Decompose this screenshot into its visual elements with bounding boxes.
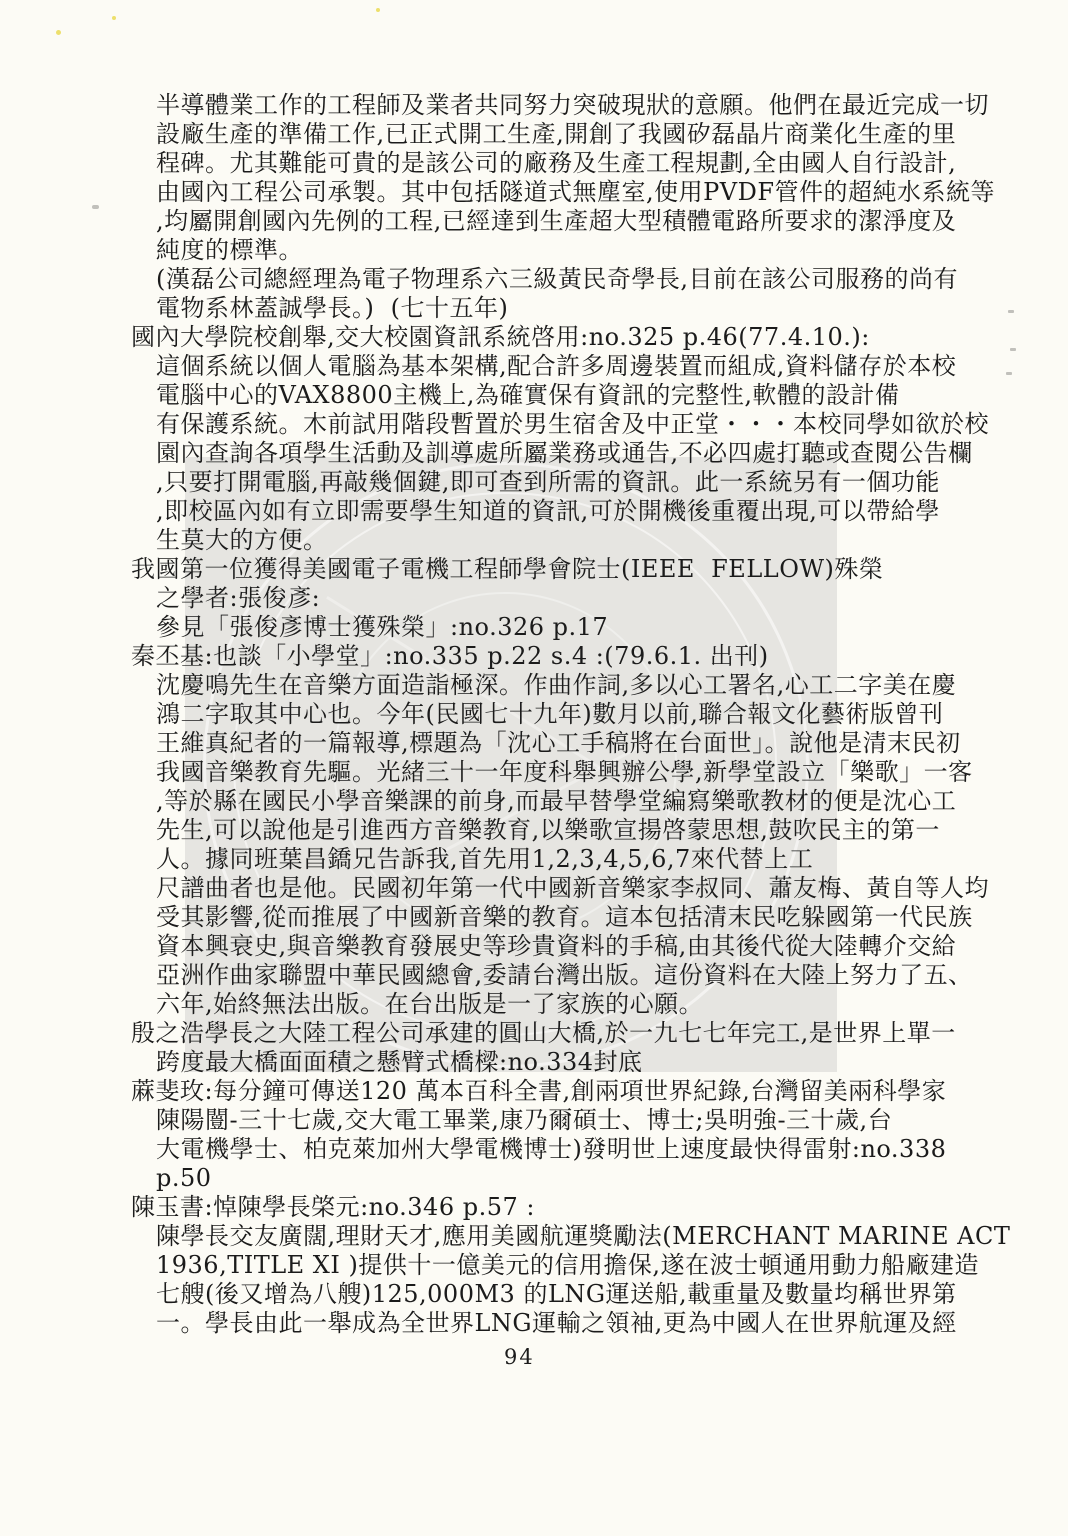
- text-line: 陳玉書:悼陳學長棨元:no.346 p.57 :: [131, 1193, 1068, 1222]
- text-line: 一。學長由此一舉成為全世界LNG運輸之領袖,更為中國人在世界航運及經: [156, 1309, 1068, 1338]
- scan-speck: [56, 30, 61, 35]
- text-line: 園內查詢各項學生活動及訓導處所屬業務或通告,不必四處打聽或查閱公告欄: [156, 439, 1068, 468]
- text-line: 陳學長交友廣闊,理財天才,應用美國航運獎勵法(MERCHANT MARINE A…: [156, 1222, 1068, 1251]
- text-line: 王維真紀者的一篇報導,標題為「沈心工手稿將在台面世」。說他是清末民初: [156, 729, 1068, 758]
- text-line: 殷之浩學長之大陸工程公司承建的圓山大橋,於一九七七年完工,是世界上單一: [131, 1019, 1068, 1048]
- text-line: 六年,始終無法出版。在台出版是一了家族的心願。: [156, 990, 1068, 1019]
- text-line: 純度的標準。: [156, 236, 1068, 265]
- scan-speck: [92, 205, 99, 209]
- text-line: 設廠生產的準備工作,已正式開工生產,開創了我國矽磊晶片商業化生產的里: [156, 120, 1068, 149]
- text-line: 國內大學院校創舉,交大校園資訊系統啓用:no.325 p.46(77.4.10.…: [131, 323, 1068, 352]
- scan-speck: [1010, 348, 1016, 351]
- text-line: 大電機學士、柏克萊加州大學電機博士)發明世上速度最快得雷射:no.338: [156, 1135, 1068, 1164]
- text-line: 我國第一位獲得美國電子電機工程師學會院士(IEEE FELLOW)殊榮: [131, 555, 1068, 584]
- text-line: 資本興衰史,與音樂教育發展史等珍貴資料的手稿,由其後代從大陸轉介交給: [156, 932, 1068, 961]
- text-line: p.50: [156, 1164, 1068, 1193]
- scan-speck: [1006, 372, 1012, 375]
- text-line: 有保護系統。木前試用階段暫置於男生宿舍及中正堂・・・本校同學如欲於校: [156, 410, 1068, 439]
- text-line: 這個系統以個人電腦為基本架構,配合許多周邊裝置而組成,資料儲存於本校: [156, 352, 1068, 381]
- text-line: (漢磊公司總經理為電子物理系六三級黃民奇學長,目前在該公司服務的尚有: [156, 265, 1068, 294]
- text-line: 程碑。尤其難能可貴的是該公司的廠務及生產工程規劃,全由國人自行設計,: [156, 149, 1068, 178]
- document-page: 半導體業工作的工程師及業者共同努力突破現狀的意願。他們在最近完成一切設廠生產的準…: [0, 0, 1068, 1536]
- scan-speck: [376, 8, 380, 12]
- text-line: 先生,可以說他是引進西方音樂教育,以樂歌宣揚啓蒙思想,鼓吹民主的第一: [156, 816, 1068, 845]
- text-line: 人。據同班葉昌鐈兄告訴我,首先用1,2,3,4,5,6,7來代替上工: [156, 845, 1068, 874]
- text-line: 尺譜曲者也是他。民國初年第一代中國新音樂家李叔同、蕭友梅、黃自等人均: [156, 874, 1068, 903]
- text-line: 沈慶鳴先生在音樂方面造詣極深。作曲作詞,多以心工署名,心工二字美在慶: [156, 671, 1068, 700]
- text-block: 半導體業工作的工程師及業者共同努力突破現狀的意願。他們在最近完成一切設廠生產的準…: [0, 91, 1068, 1338]
- text-line: ,均屬開創國內先例的工程,已經達到生產超大型積體電路所要求的潔淨度及: [156, 207, 1068, 236]
- text-line: 生莫大的方便。: [156, 526, 1068, 555]
- text-line: 電腦中心的VAX8800主機上,為確實保有資訊的完整性,軟體的設計備: [156, 381, 1068, 410]
- text-line: ,只要打開電腦,再敲幾個鍵,即可查到所需的資訊。此一系統另有一個功能: [156, 468, 1068, 497]
- text-line: 之學者:張俊彥:: [156, 584, 1068, 613]
- text-line: 秦丕基:也談「小學堂」:no.335 p.22 s.4 :(79.6.1. 出刊…: [131, 642, 1068, 671]
- text-line: ,等於縣在國民小學音樂課的前身,而最早替學堂編寫樂歌教材的便是沈心工: [156, 787, 1068, 816]
- text-line: 跨度最大橋面面積之懸臂式橋樑:no.334封底: [156, 1048, 1068, 1077]
- scan-speck: [1008, 310, 1014, 313]
- text-line: 陳陽闓-三十七歲,交大電工畢業,康乃爾碩士、博士;吳明強-三十歲,台: [156, 1106, 1068, 1135]
- text-line: 受其影響,從而推展了中國新音樂的教育。這本包括清末民吃躲國第一代民族: [156, 903, 1068, 932]
- page-number: 94: [504, 1345, 535, 1369]
- text-line: 我國音樂教育先驅。光緒三十一年度科舉興辦公學,新學堂設立「樂歌」一客: [156, 758, 1068, 787]
- scan-speck: [112, 16, 116, 20]
- text-line: 鴻二字取其中心也。今年(民國七十九年)數月以前,聯合報文化藝術版曾刊: [156, 700, 1068, 729]
- text-line: 1936,TITLE XI )提供十一億美元的信用擔保,遂在波士頓通用動力船廠建…: [156, 1251, 1068, 1280]
- text-line: 半導體業工作的工程師及業者共同努力突破現狀的意願。他們在最近完成一切: [156, 91, 1068, 120]
- text-line: 由國內工程公司承製。其中包括隧道式無塵室,使用PVDF管件的超純水系統等: [156, 178, 1068, 207]
- text-line: 亞洲作曲家聯盟中華民國總會,委請台灣出版。這份資料在大陸上努力了五、: [156, 961, 1068, 990]
- text-line: 參見「張俊彥博士獲殊榮」:no.326 p.17: [156, 613, 1068, 642]
- text-line: 七艘(後又增為八艘)125,000M3 的LNG運送船,載重量及數量均稱世界第: [156, 1280, 1068, 1309]
- text-line: 電物系林蓋誠學長。) (七十五年): [156, 294, 1068, 323]
- text-line: 蔴斐玫:每分鐘可傳送120 萬本百科全書,創兩項世界紀錄,台灣留美兩科學家: [131, 1077, 1068, 1106]
- text-line: ,即校區內如有立即需要學生知道的資訊,可於開機後重覆出現,可以帶給學: [156, 497, 1068, 526]
